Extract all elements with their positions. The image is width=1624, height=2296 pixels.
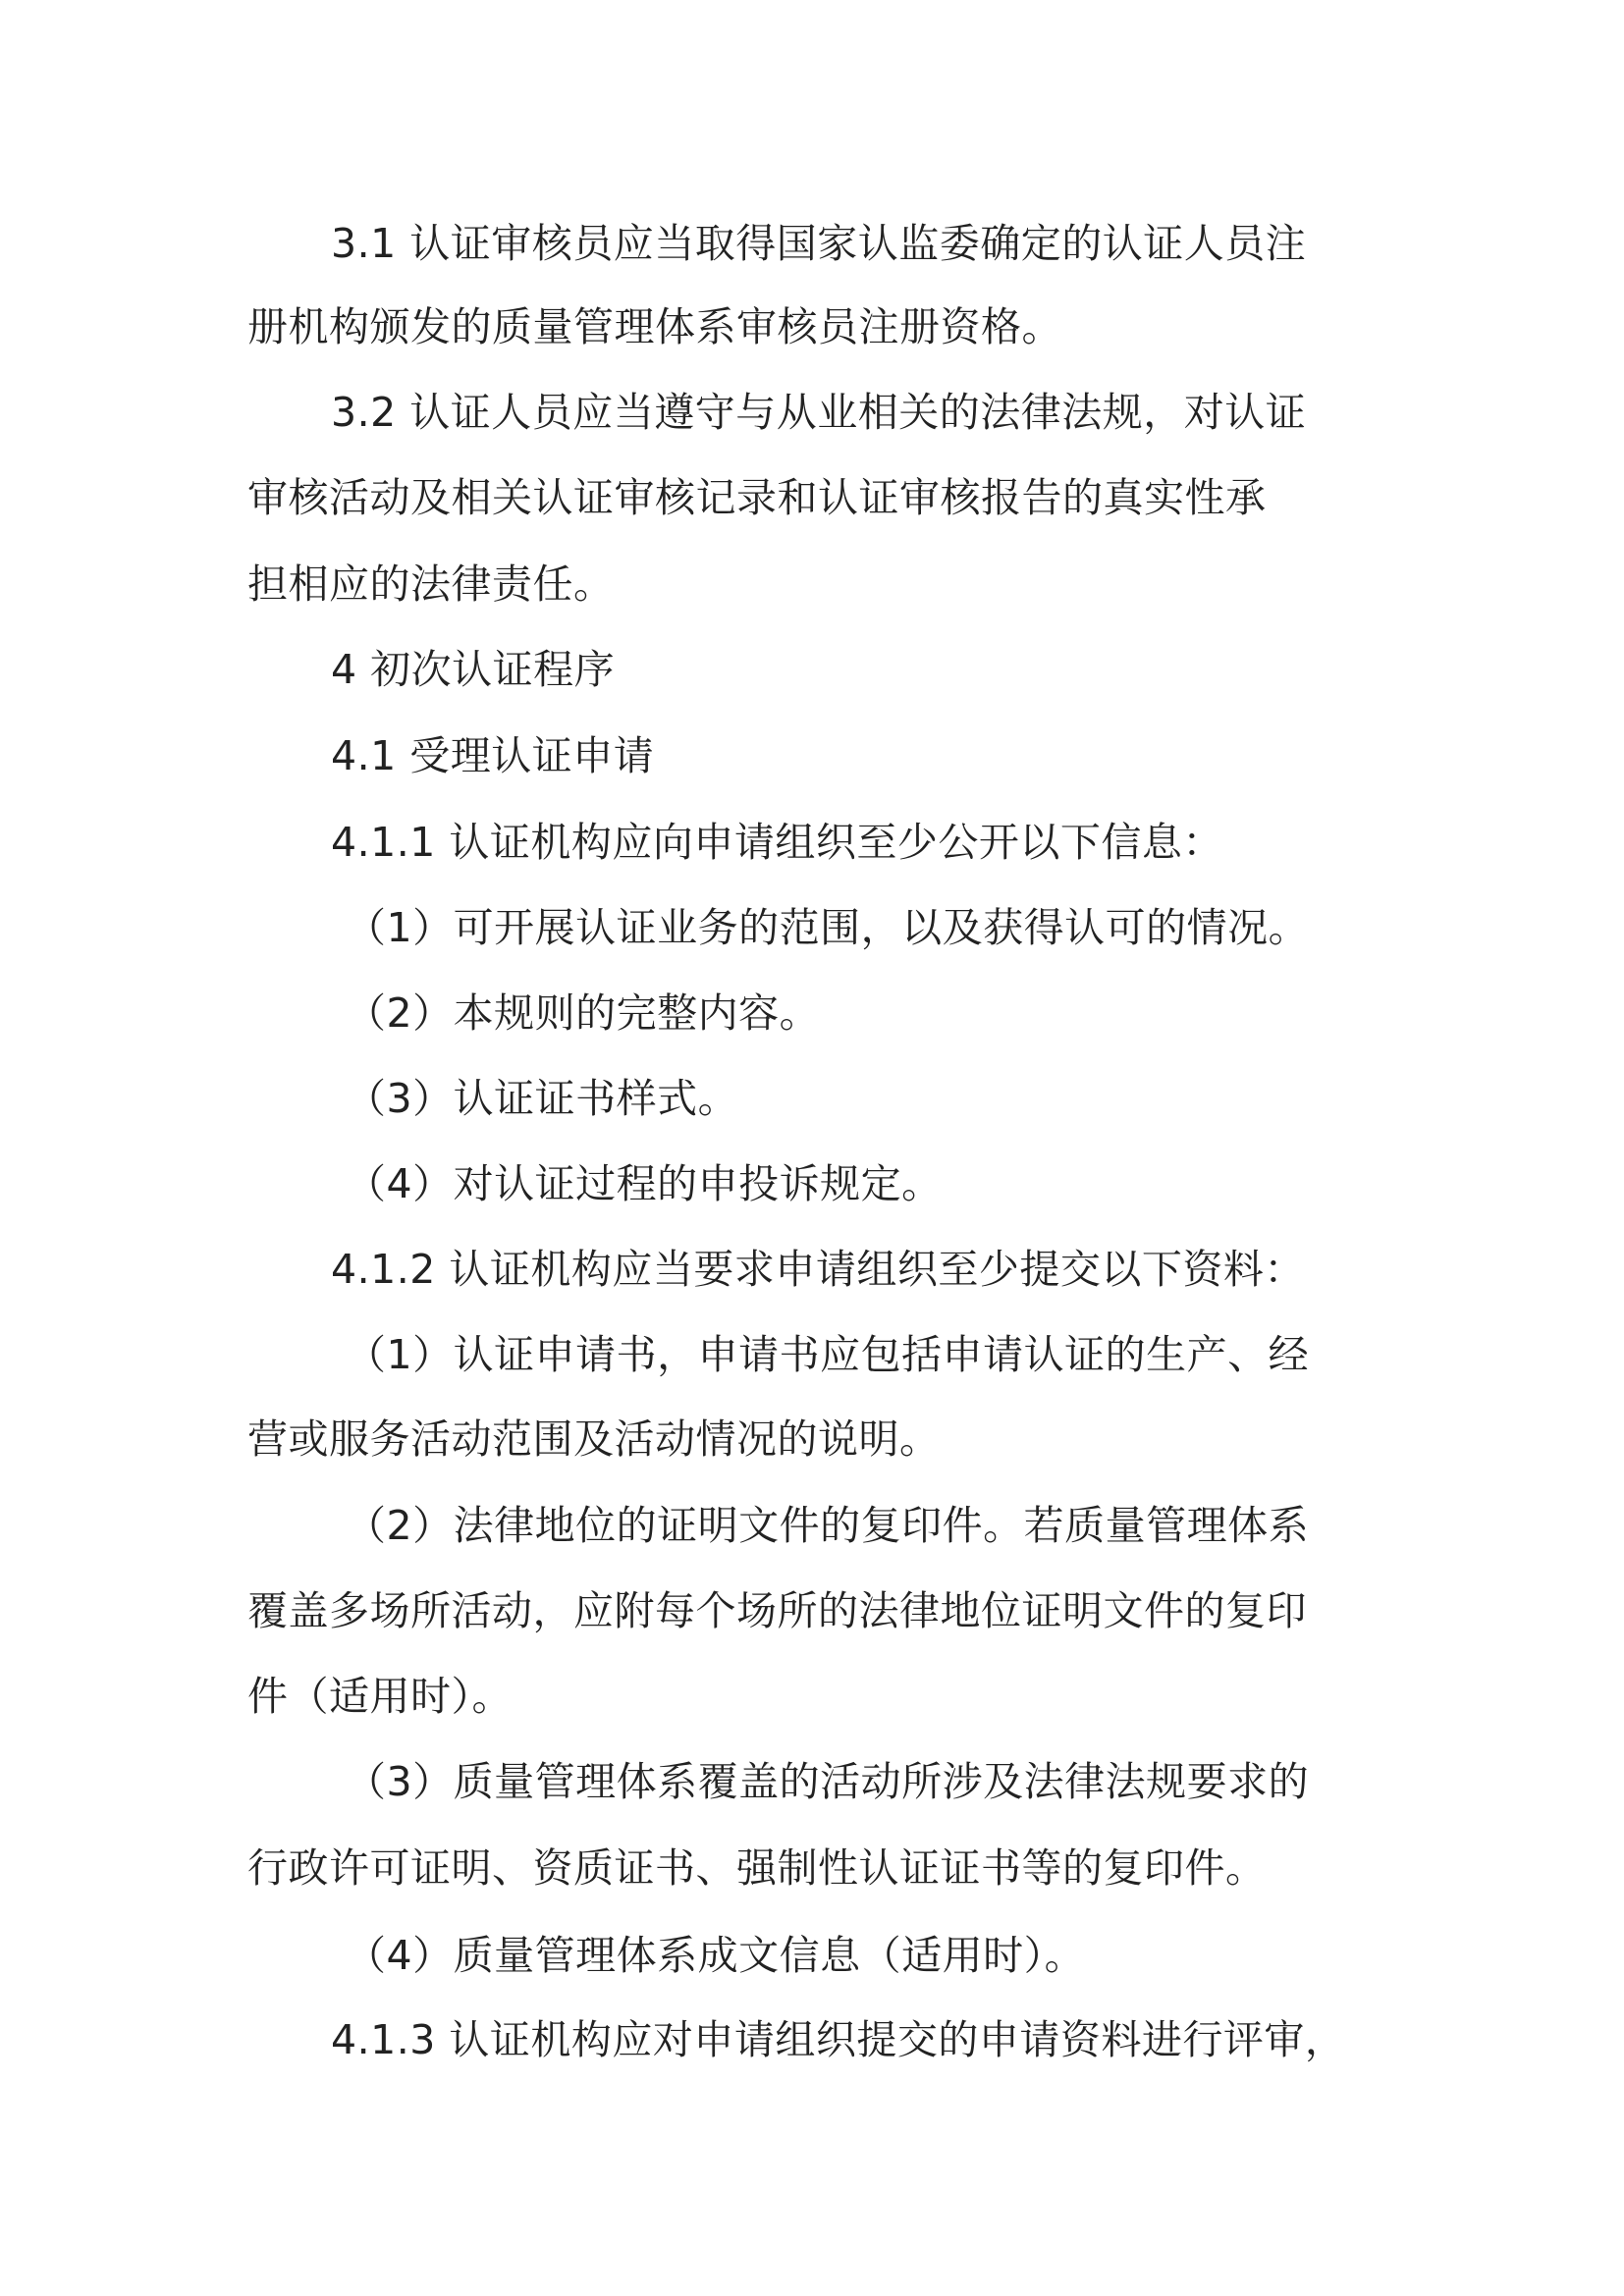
clause-4-1-1-item-3: （3）认证证书样式。 bbox=[346, 1069, 738, 1128]
clause-4-1-1-item-4: （4）对认证过程的申投诉规定。 bbox=[346, 1154, 943, 1213]
clause-3-1-line-2: 册机构颁发的质量管理体系审核员注册资格。 bbox=[247, 297, 1062, 356]
section-4-1-heading: 4.1 受理认证申请 bbox=[331, 726, 654, 785]
clause-3-2-line-2: 审核活动及相关认证审核记录和认证审核报告的真实性承 bbox=[247, 468, 1267, 527]
section-4-heading: 4 初次认证程序 bbox=[331, 640, 615, 699]
clause-4-1-1: 4.1.1 认证机构应向申请组织至少公开以下信息： bbox=[331, 813, 1223, 872]
clause-4-1-2-item-2-line-3: 件（适用时）。 bbox=[247, 1667, 513, 1726]
document-page: 3.1 认证审核员应当取得国家认监委确定的认证人员注 册机构颁发的质量管理体系审… bbox=[0, 0, 1624, 2296]
clause-3-2-line-3: 担相应的法律责任。 bbox=[247, 555, 615, 614]
clause-4-1-2-item-1-line-1: （1）认证申请书，申请书应包括申请认证的生产、经 bbox=[346, 1325, 1309, 1384]
clause-4-1-2-item-2-line-1: （2）法律地位的证明文件的复印件。若质量管理体系 bbox=[346, 1496, 1309, 1555]
clause-4-1-2-item-2-line-2: 覆盖多场所活动，应附每个场所的法律地位证明文件的复印 bbox=[247, 1581, 1307, 1640]
clause-4-1-2-item-3-line-1: （3）质量管理体系覆盖的活动所涉及法律法规要求的 bbox=[346, 1752, 1309, 1811]
clause-4-1-1-item-1: （1）可开展认证业务的范围，以及获得认可的情况。 bbox=[346, 898, 1309, 957]
clause-4-1-2-item-1-line-2: 营或服务活动范围及活动情况的说明。 bbox=[247, 1410, 941, 1468]
clause-4-1-1-item-2: （2）本规则的完整内容。 bbox=[346, 984, 820, 1042]
clause-4-1-2: 4.1.2 认证机构应当要求申请组织至少提交以下资料： bbox=[331, 1240, 1305, 1299]
clause-3-2-line-1: 3.2 认证人员应当遵守与从业相关的法律法规，对认证 bbox=[331, 383, 1306, 442]
clause-4-1-2-item-4: （4）质量管理体系成文信息（适用时）。 bbox=[346, 1926, 1085, 1985]
clause-4-1-3: 4.1.3 认证机构应对申请组织提交的申请资料进行评审， bbox=[331, 2010, 1345, 2069]
clause-4-1-2-item-3-line-2: 行政许可证明、资质证书、强制性认证证书等的复印件。 bbox=[247, 1839, 1267, 1897]
clause-3-1-line-1: 3.1 认证审核员应当取得国家认监委确定的认证人员注 bbox=[331, 214, 1306, 273]
